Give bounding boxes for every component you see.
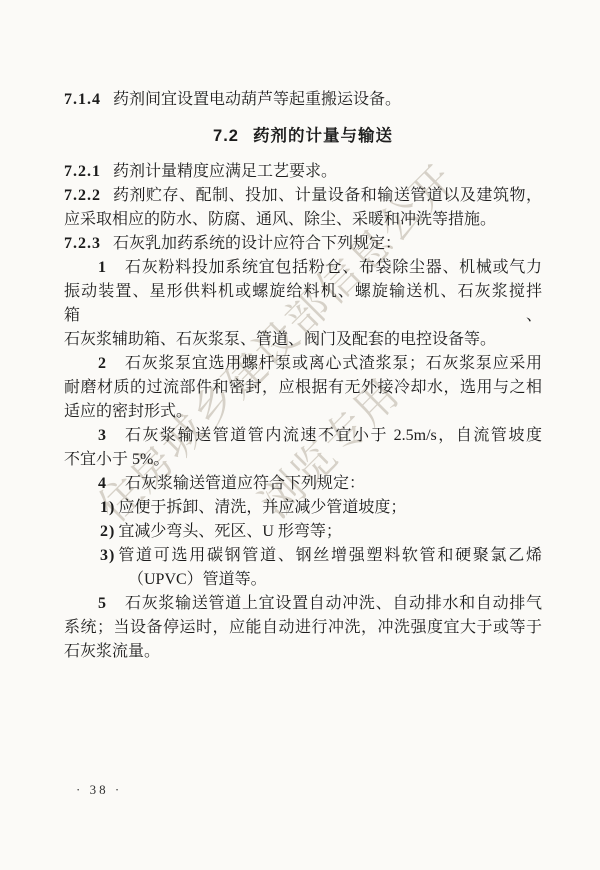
line-text: 振动装置、星形供料机或螺旋给料机、螺旋输送机、石灰浆搅拌箱、 (64, 280, 542, 328)
body-line: 7.1.4药剂间宜设置电动葫芦等起重搬运设备。 (64, 88, 542, 112)
line-number: 1 (98, 256, 107, 280)
line-text: 应便于拆卸、清洗，并应减少管道坡度； (118, 496, 542, 520)
document-page: 住房城乡建设部信息公开 浏览专用 7.1.4药剂间宜设置电动葫芦等起重搬运设备。… (0, 0, 600, 870)
line-number: 3 (98, 424, 107, 448)
body-line: 7.2.3石灰乳加药系统的设计应符合下列规定： (64, 232, 542, 256)
line-number: 7.2.2 (64, 184, 101, 208)
line-number: 2) (100, 520, 115, 544)
section-title: 药剂的计量与输送 (253, 127, 393, 145)
body-line: 耐磨材质的过流部件和密封，应根据有无外接冷却水，选用与之相 (64, 376, 542, 400)
line-text: 宜减少弯头、死区、U 形弯等； (118, 520, 542, 544)
body-line: 2石灰浆泵宜选用螺杆泵或离心式渣浆泵；石灰浆泵应采用 (64, 352, 542, 376)
line-text: 石灰浆流量。 (64, 640, 542, 664)
page-number: · 38 · (76, 781, 122, 799)
body-line: 1)应便于拆卸、清洗，并应减少管道坡度； (64, 496, 542, 520)
body-line: 适应的密封形式。 (64, 400, 542, 424)
line-text: 石灰乳加药系统的设计应符合下列规定： (113, 232, 542, 256)
body-line: 3)管道可选用碳钢管道、钢丝增强塑料软管和硬聚氯乙烯 (64, 544, 542, 568)
line-text: 应采取相应的防水、防腐、通风、除尘、采暖和冲洗等措施。 (64, 208, 542, 232)
line-text: 石灰浆输送管道上宜设置自动冲洗、自动排水和自动排气 (125, 592, 542, 616)
line-number: 5 (98, 592, 107, 616)
line-text: 药剂计量精度应满足工艺要求。 (113, 160, 542, 184)
body-line: 系统；当设备停运时，应能自动进行冲洗，冲洗强度宜大于或等于 (64, 616, 542, 640)
body-line: 石灰浆辅助箱、石灰浆泵、管道、阀门及配套的电控设备等。 (64, 328, 542, 352)
page-content: 7.1.4药剂间宜设置电动葫芦等起重搬运设备。7.2药剂的计量与输送7.2.1药… (64, 88, 542, 664)
line-number: 3) (100, 544, 115, 568)
line-text: 管道可选用碳钢管道、钢丝增强塑料软管和硬聚氯乙烯 (118, 544, 542, 568)
line-number: 4 (98, 472, 107, 496)
line-text: 石灰浆辅助箱、石灰浆泵、管道、阀门及配套的电控设备等。 (64, 328, 542, 352)
section-heading: 7.2药剂的计量与输送 (64, 112, 542, 160)
body-line: 应采取相应的防水、防腐、通风、除尘、采暖和冲洗等措施。 (64, 208, 542, 232)
body-line: 石灰浆流量。 (64, 640, 542, 664)
body-line: 7.2.1药剂计量精度应满足工艺要求。 (64, 160, 542, 184)
line-text: 石灰浆输送管道应符合下列规定： (125, 472, 542, 496)
line-number: 2 (98, 352, 107, 376)
body-line: 3石灰浆输送管道管内流速不宜小于 2.5m/s，自流管坡度 (64, 424, 542, 448)
line-text: 适应的密封形式。 (64, 400, 542, 424)
line-text: 石灰浆泵宜选用螺杆泵或离心式渣浆泵；石灰浆泵应采用 (125, 352, 542, 376)
body-line: 4石灰浆输送管道应符合下列规定： (64, 472, 542, 496)
line-number: 7.2.1 (64, 160, 101, 184)
section-number: 7.2 (213, 127, 239, 145)
line-text: （UPVC）管道等。 (128, 568, 542, 592)
line-text: 耐磨材质的过流部件和密封，应根据有无外接冷却水，选用与之相 (64, 376, 542, 400)
body-line: 振动装置、星形供料机或螺旋给料机、螺旋输送机、石灰浆搅拌箱、 (64, 280, 542, 328)
body-line: 5石灰浆输送管道上宜设置自动冲洗、自动排水和自动排气 (64, 592, 542, 616)
line-text: 药剂间宜设置电动葫芦等起重搬运设备。 (113, 88, 542, 112)
line-text: 系统；当设备停运时，应能自动进行冲洗，冲洗强度宜大于或等于 (64, 616, 542, 640)
line-number: 7.1.4 (64, 88, 101, 112)
line-text: 石灰浆输送管道管内流速不宜小于 2.5m/s，自流管坡度 (125, 424, 542, 448)
line-number: 7.2.3 (64, 232, 101, 256)
line-number: 1) (100, 496, 115, 520)
body-line: （UPVC）管道等。 (64, 568, 542, 592)
line-text: 药剂贮存、配制、投加、计量设备和输送管道以及建筑物， (113, 184, 542, 208)
body-line: 2)宜减少弯头、死区、U 形弯等； (64, 520, 542, 544)
body-line: 1石灰粉料投加系统宜包括粉仓、布袋除尘器、机械或气力 (64, 256, 542, 280)
line-text: 不宜小于 5%。 (64, 448, 542, 472)
body-line: 不宜小于 5%。 (64, 448, 542, 472)
body-line: 7.2.2药剂贮存、配制、投加、计量设备和输送管道以及建筑物， (64, 184, 542, 208)
line-text: 石灰粉料投加系统宜包括粉仓、布袋除尘器、机械或气力 (125, 256, 542, 280)
